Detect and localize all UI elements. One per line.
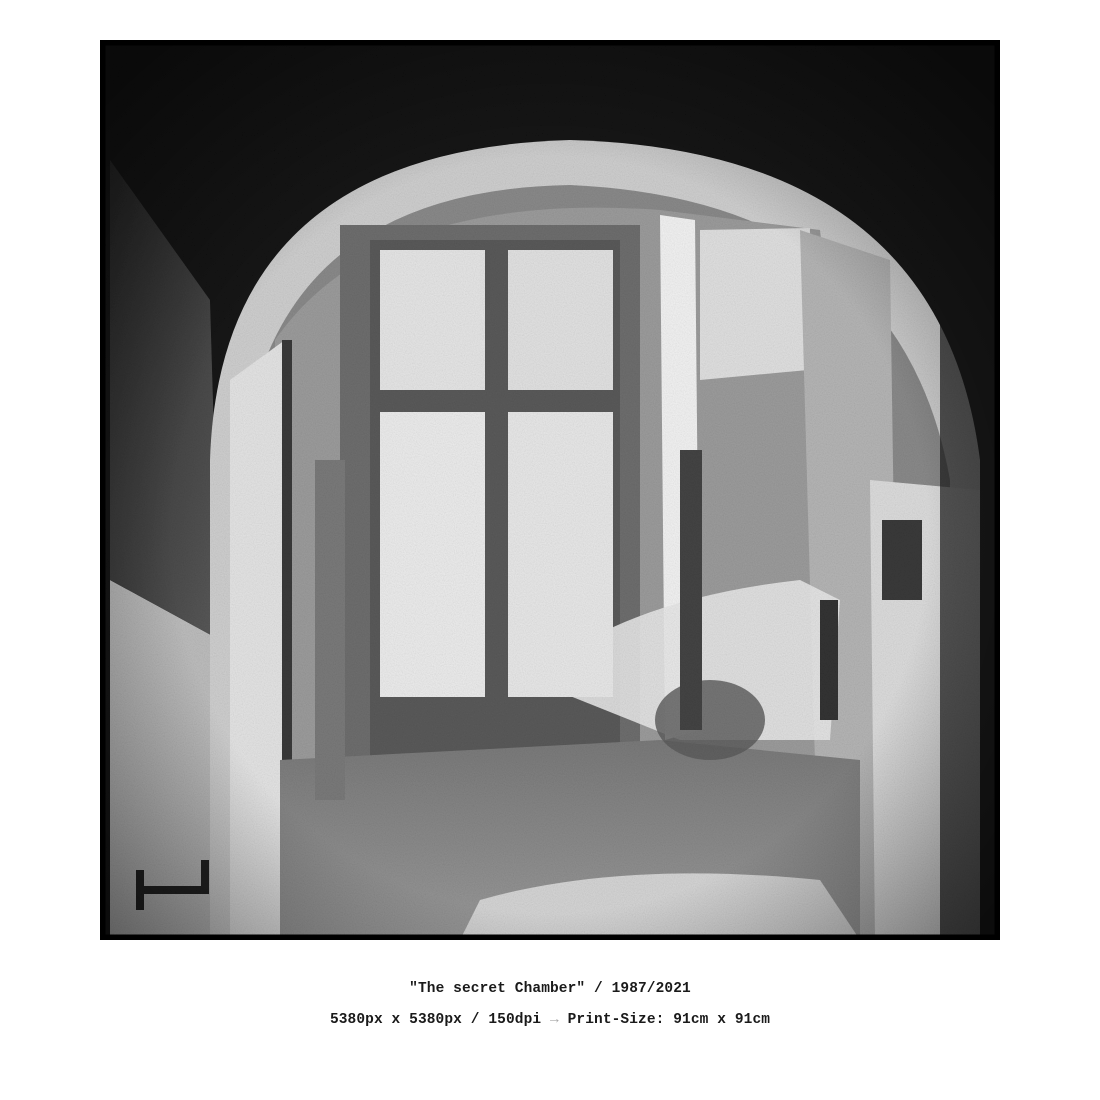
photo-illustration (100, 40, 1000, 940)
dimensions-text: 5380px x 5380px / 150dpi (330, 1012, 541, 1028)
arrow-icon: → (550, 1012, 559, 1028)
artwork-photo (100, 40, 1000, 940)
print-size-text: Print-Size: 91cm x 91cm (568, 1012, 770, 1028)
artwork-specs: 5380px x 5380px / 150dpi → Print-Size: 9… (0, 1012, 1100, 1028)
artwork-title: "The secret Chamber" / 1987/2021 (0, 981, 1100, 997)
